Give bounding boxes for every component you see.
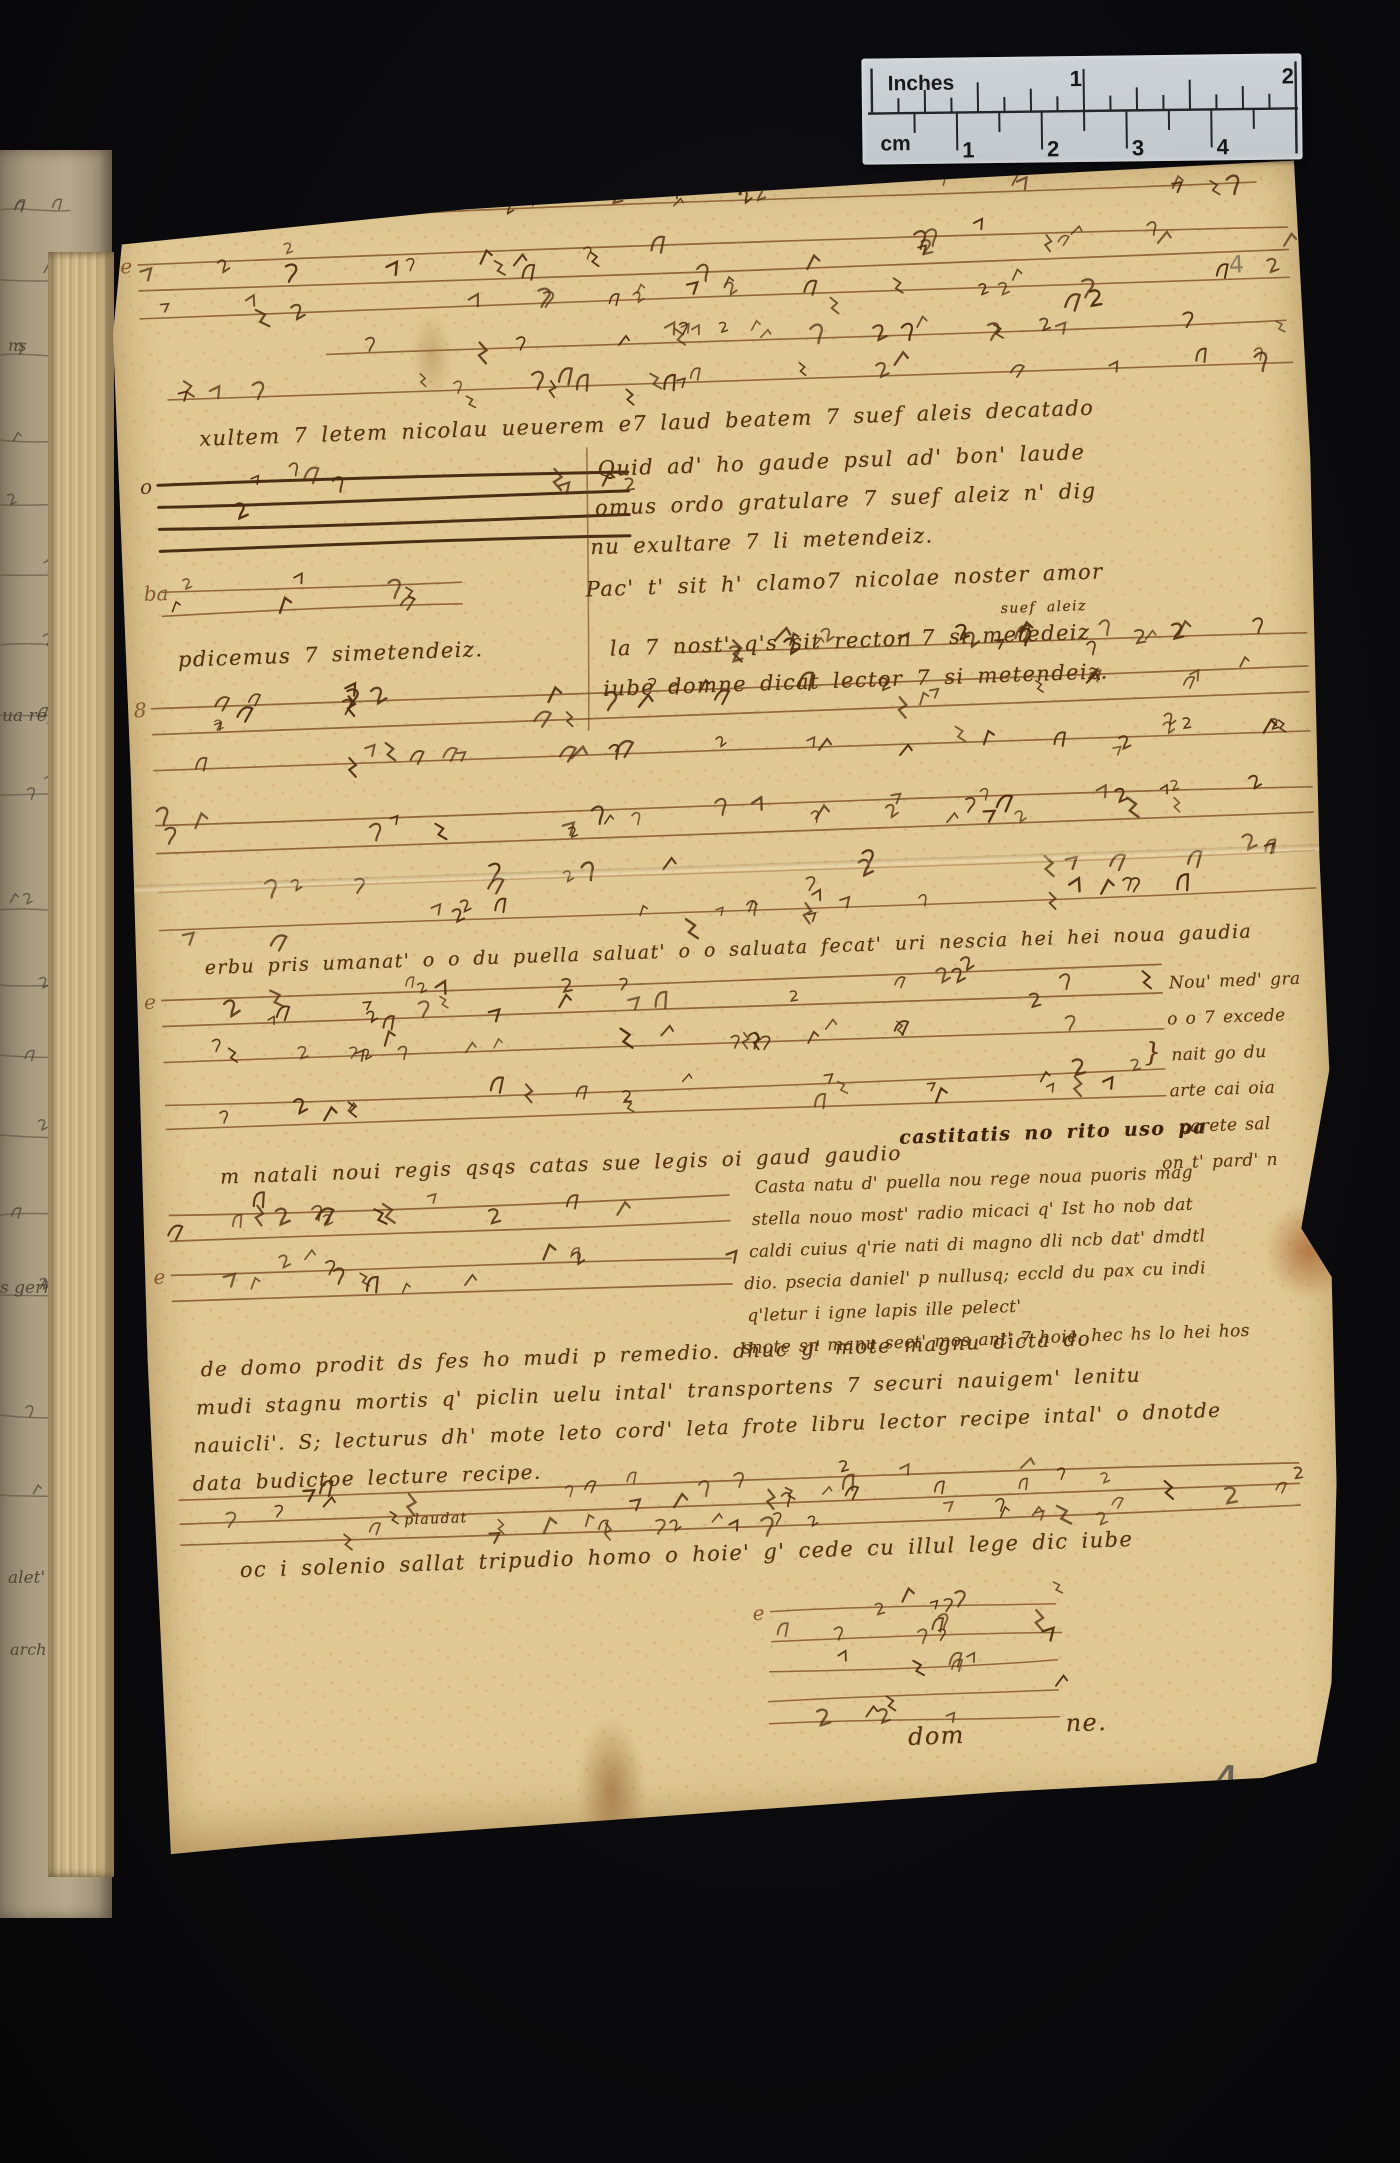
ruler-cm-label: cm [880, 132, 911, 156]
facing-text-fragment: arch [10, 1640, 46, 1659]
ruler-ticks: 1212345 [861, 53, 1302, 164]
manuscript-page: eoba8eee 4 4 xultem 7 letem nicolau ueue… [106, 160, 1360, 1856]
ruler-inches-label: Inches [888, 72, 955, 97]
svg-text:e: e [144, 990, 157, 1014]
svg-text:e: e [120, 254, 133, 278]
svg-text:8: 8 [133, 698, 147, 722]
margin-line: nait go du [1171, 1042, 1267, 1065]
margin-brace: } [1144, 1038, 1162, 1069]
svg-text:2: 2 [1281, 63, 1294, 88]
folio-number-bottom: 4 [1209, 1755, 1241, 1812]
svg-text:2: 2 [1047, 136, 1060, 161]
margin-line: arte cai oia [1169, 1078, 1275, 1102]
facing-text-fragment: alet' [8, 1568, 45, 1588]
margin-line: o o 7 excede [1167, 1005, 1286, 1029]
svg-text:o: o [140, 475, 153, 499]
measurement-ruler: 1212345 Inches cm [861, 53, 1302, 164]
folio-number-top: 4 [1228, 250, 1244, 279]
svg-text:1: 1 [962, 137, 975, 162]
svg-text:1: 1 [1069, 66, 1082, 91]
svg-text:4: 4 [1217, 134, 1230, 159]
svg-text:e: e [153, 1265, 166, 1289]
facing-text-fragment: ns [8, 336, 27, 355]
svg-text:e: e [752, 1601, 765, 1625]
interlinear-gloss: plaudat [404, 1510, 468, 1528]
interlinear-gloss: suef aleiz [1000, 598, 1087, 617]
text-fragment-dom: dom [908, 1721, 966, 1751]
svg-text:3: 3 [1132, 135, 1145, 160]
book-fore-edge [48, 252, 114, 1877]
photograph-scene: ns d'e ua regia s germina alet' e: e: ar… [0, 0, 1400, 2163]
svg-text:ba: ba [143, 581, 169, 606]
text-fragment-ne: ne. [1065, 1708, 1107, 1737]
svg-text:5: 5 [1301, 133, 1302, 158]
